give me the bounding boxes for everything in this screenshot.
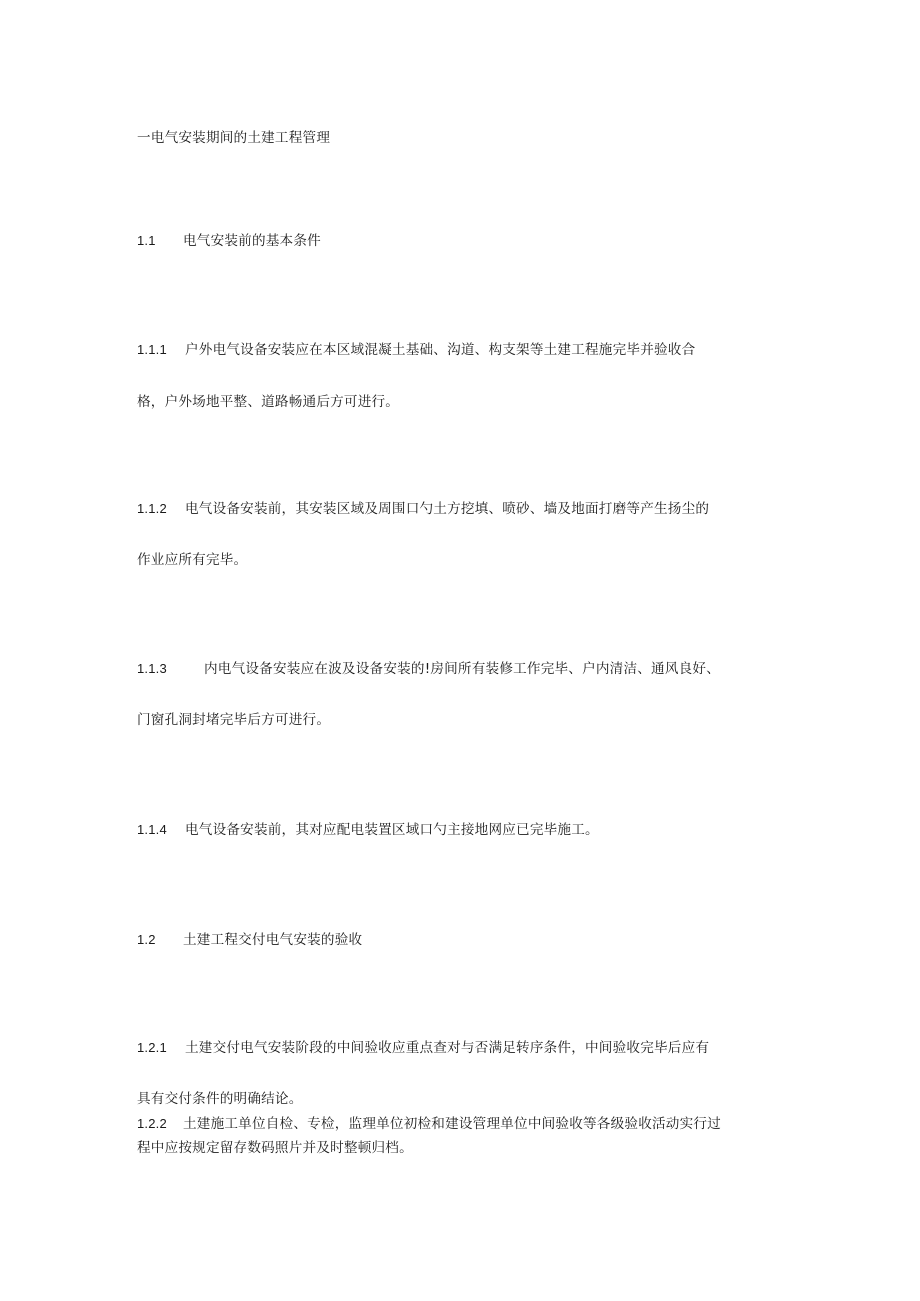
clause-text: 电气设备安装前，其安装区域及周围口勺土方挖填、喷砂、墙及地面打磨等产生扬尘的 (185, 501, 709, 517)
clause-1-1-2-line-2: 作业应所有完毕。 (137, 551, 247, 569)
clause-1-1-3-line-2: 门窗孔洞封堵完毕后方可进行。 (137, 711, 330, 729)
clause-text: 土建交付电气安装阶段的中间验收应重点查对与否满足转序条件，中间验收完毕后应有 (185, 1040, 709, 1056)
document-title-text: 一电气安装期间的土建工程管理 (137, 130, 330, 146)
clause-text: 程中应按规定留存数码照片并及时整顿归档。 (137, 1140, 413, 1156)
section-heading-text: 土建工程交付电气安装的验收 (183, 932, 362, 948)
clause-number: 1.1.4 (137, 821, 185, 839)
clause-number: 1.1.1 (137, 341, 185, 359)
clause-number: 1.1.3 (137, 660, 204, 678)
section-heading-1-2: 1.2土建工程交付电气安装的验收 (137, 931, 362, 949)
clause-number: 1.2.2 (137, 1115, 183, 1133)
document-title: 一电气安装期间的土建工程管理 (137, 129, 330, 147)
clause-number: 1.1.2 (137, 500, 185, 518)
section-heading-1-1: 1.1电气安装前的基本条件 (137, 232, 321, 250)
clause-1-2-1-line-1: 1.2.1土建交付电气安装阶段的中间验收应重点查对与否满足转序条件，中间验收完毕… (137, 1039, 709, 1057)
clause-text: 格，户外场地平整、道路畅通后方可进行。 (137, 394, 399, 410)
clause-1-1-1-line-2: 格，户外场地平整、道路畅通后方可进行。 (137, 393, 399, 411)
clause-1-1-2-line-1: 1.1.2电气设备安装前，其安装区域及周围口勺土方挖填、喷砂、墙及地面打磨等产生… (137, 500, 709, 518)
clause-text: 电气设备安装前，其对应配电装置区域口勺主接地网应已完毕施工。 (185, 822, 599, 838)
clause-text: 具有交付条件的明确结论。 (137, 1091, 303, 1107)
clause-1-2-2-line-2: 程中应按规定留存数码照片并及时整顿归档。 (137, 1139, 413, 1157)
clause-1-2-2-line-1: 1.2.2土建施工单位自检、专检，监理单位初检和建设管理单位中间验收等各级验收活… (137, 1115, 721, 1133)
clause-1-1-4-line-1: 1.1.4电气设备安装前，其对应配电装置区域口勺主接地网应已完毕施工。 (137, 821, 599, 839)
clause-text: 作业应所有完毕。 (137, 552, 247, 568)
clause-text: 门窗孔洞封堵完毕后方可进行。 (137, 712, 330, 728)
document-page: 一电气安装期间的土建工程管理 1.1电气安装前的基本条件 1.1.1户外电气设备… (0, 0, 920, 1301)
clause-1-2-1-line-2: 具有交付条件的明确结论。 (137, 1090, 303, 1108)
section-number: 1.2 (137, 931, 183, 949)
clause-text: 土建施工单位自检、专检，监理单位初检和建设管理单位中间验收等各级验收活动实行过 (183, 1116, 721, 1132)
clause-1-1-1-line-1: 1.1.1户外电气设备安装应在本区域混凝土基础、沟道、构支架等土建工程施完毕并验… (137, 341, 695, 359)
clause-text: 户外电气设备安装应在本区域混凝土基础、沟道、构支架等土建工程施完毕并验收合 (185, 342, 695, 358)
clause-1-1-3-line-1: 1.1.3内电气设备安装应在波及设备安装的!房间所有装修工作完毕、户内清洁、通风… (137, 660, 720, 678)
clause-text: 内电气设备安装应在波及设备安装的!房间所有装修工作完毕、户内清洁、通风良好、 (204, 661, 720, 677)
clause-number: 1.2.1 (137, 1039, 185, 1057)
section-number: 1.1 (137, 232, 183, 250)
section-heading-text: 电气安装前的基本条件 (183, 233, 321, 249)
